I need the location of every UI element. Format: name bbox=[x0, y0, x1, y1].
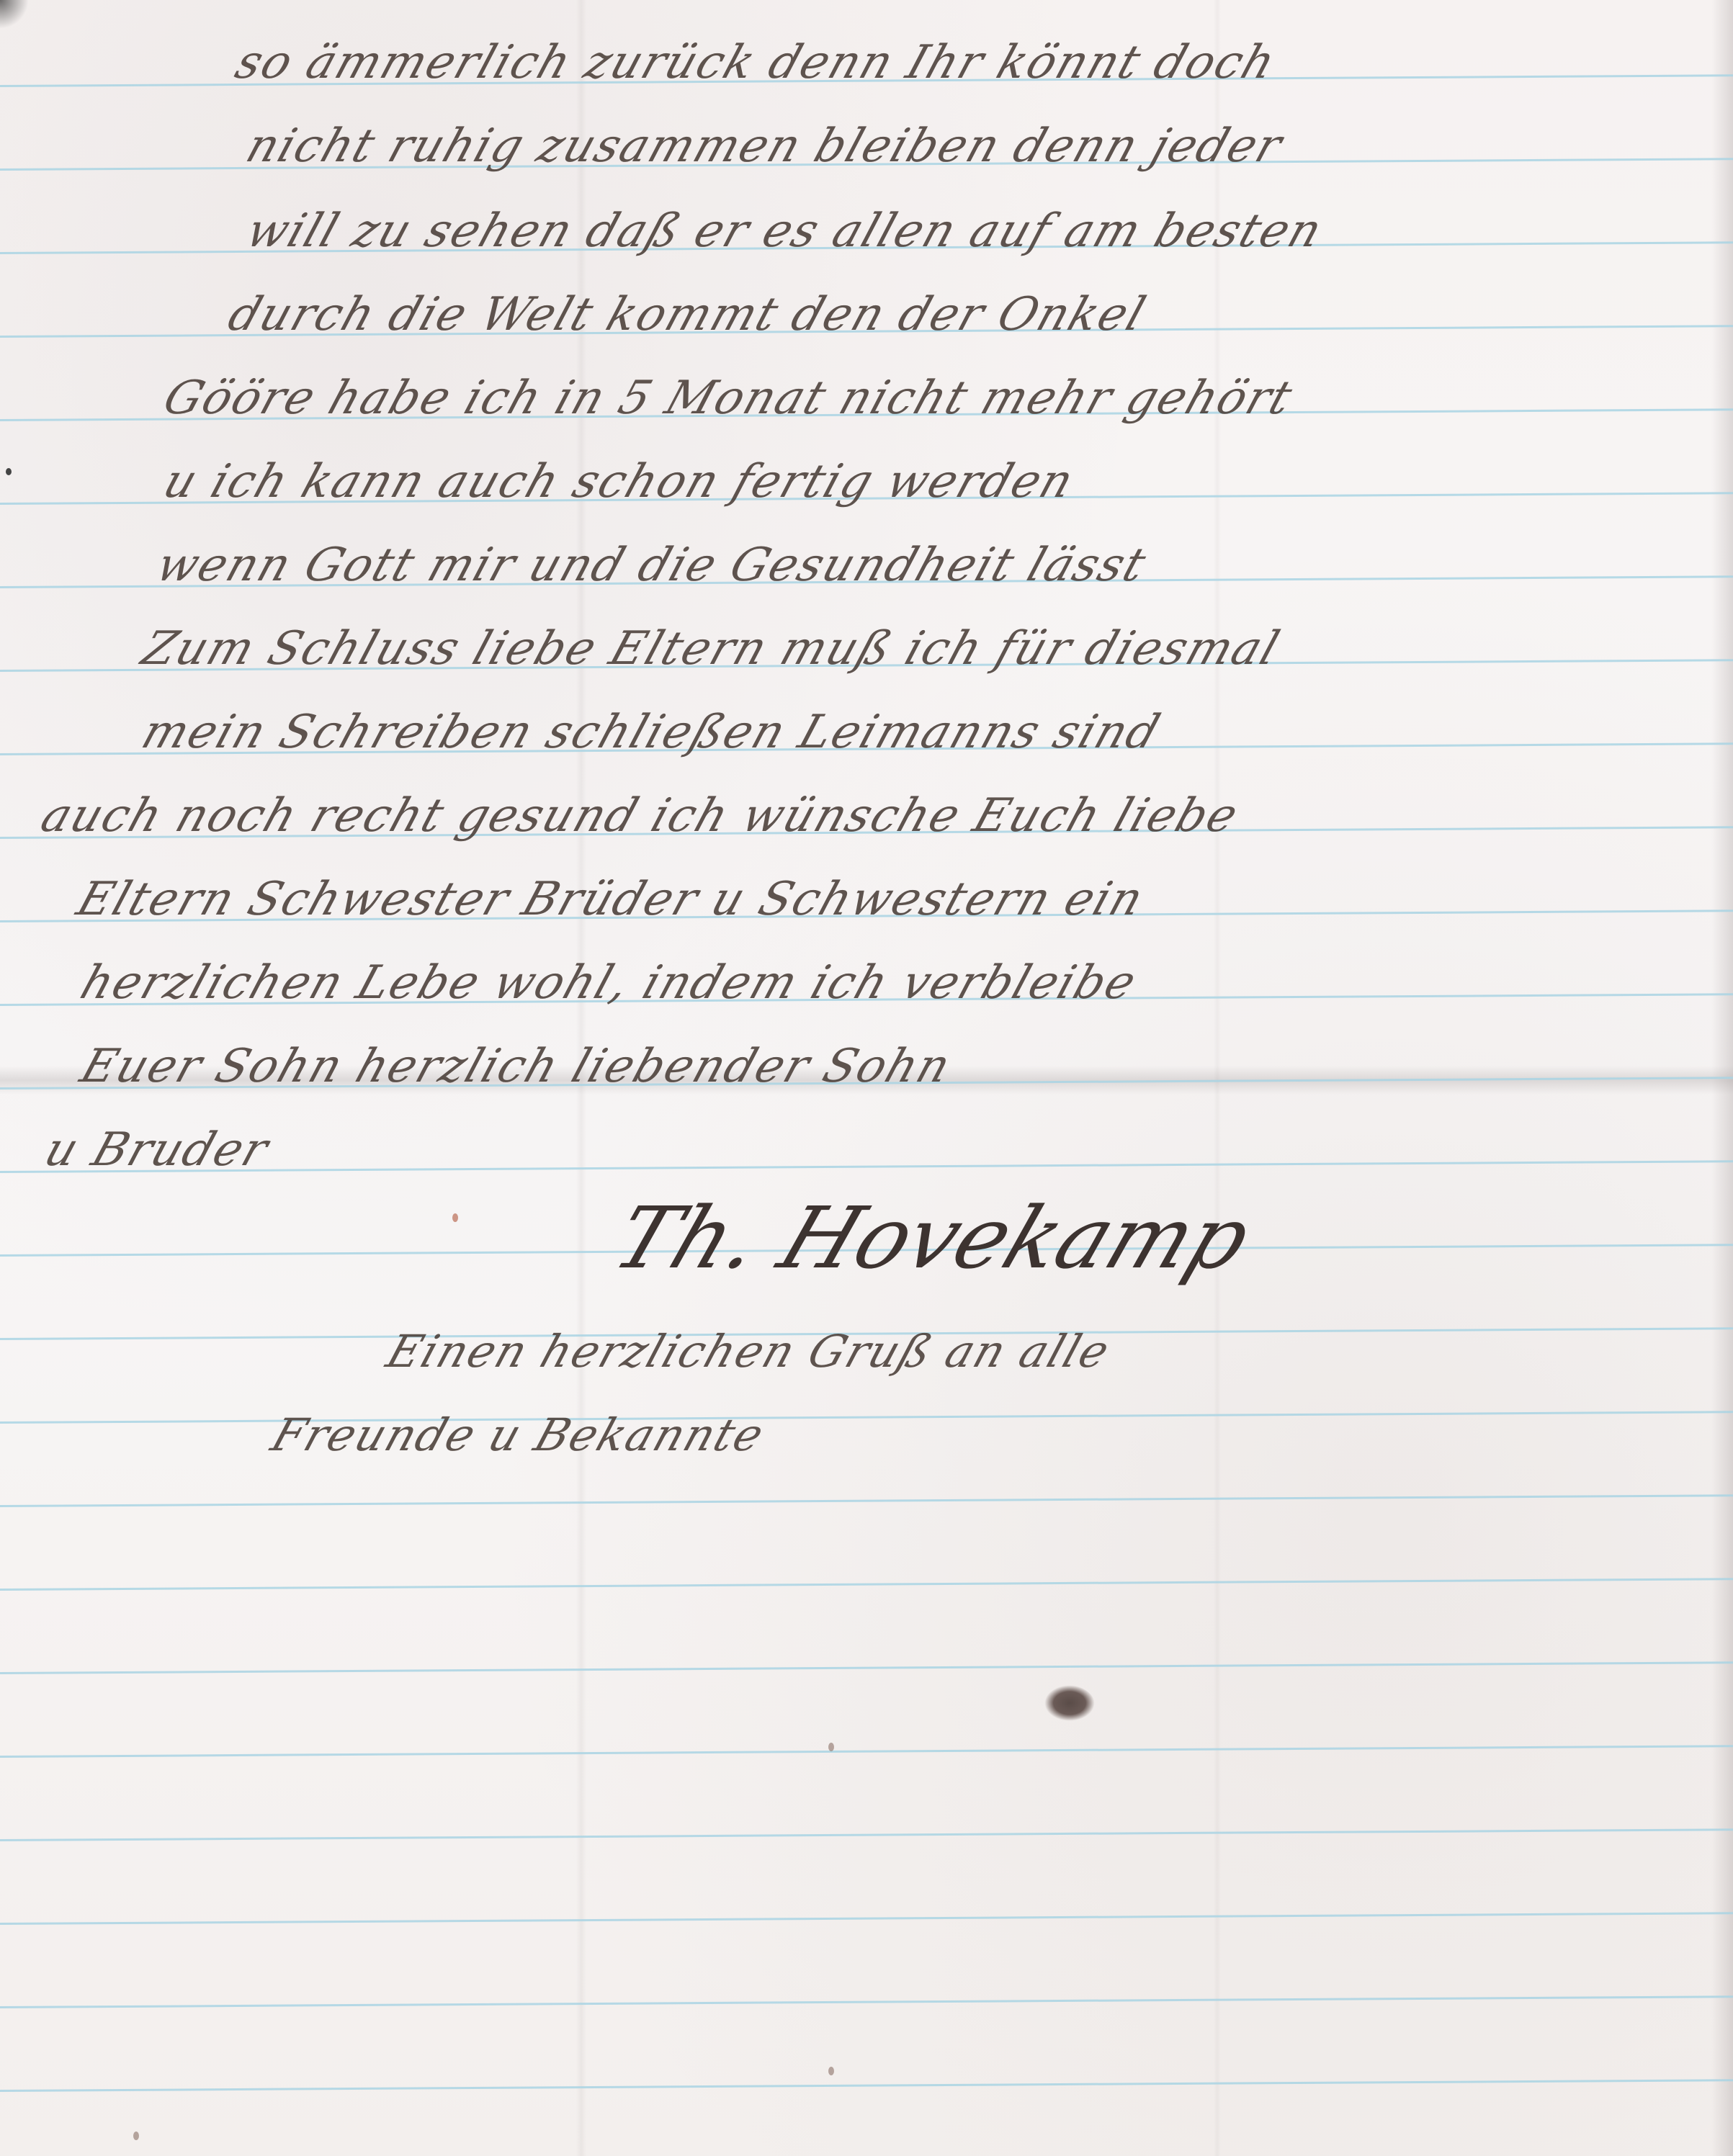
postscript-line: Freunde u Bekannte bbox=[265, 1409, 771, 1461]
letter-line: wenn Gott mir und die Gesundheit lässt bbox=[150, 539, 1153, 592]
letter-page: so ämmerlich zurück denn Ihr könnt doch … bbox=[0, 0, 1733, 2156]
letter-line: will zu sehen daß er es allen auf am bes… bbox=[240, 205, 1330, 258]
margin-ink-dot bbox=[6, 468, 12, 475]
letter-line: Eltern Schwester Brüder u Schwestern ein bbox=[71, 873, 1151, 926]
ruled-line bbox=[0, 1995, 1733, 2008]
paper-speck bbox=[828, 2067, 834, 2075]
ruled-line bbox=[0, 2079, 1733, 2092]
letter-line: herzlichen Lebe wohl, indem ich verbleib… bbox=[74, 956, 1144, 1010]
letter-line: Euer Sohn herzlich liebender Sohn bbox=[74, 1040, 958, 1093]
letter-line: Zum Schluss liebe Eltern muß ich für die… bbox=[135, 622, 1287, 675]
letter-line: u Bruder bbox=[38, 1123, 276, 1177]
letter-line: so ämmerlich zurück denn Ihr könnt doch bbox=[229, 36, 1283, 89]
letter-line: u ich kann auch schon fertig werden bbox=[157, 455, 1081, 508]
paper-speck bbox=[452, 1213, 458, 1222]
letter-line: nicht ruhig zusammen bleiben denn jeder bbox=[240, 120, 1289, 173]
ruled-line bbox=[0, 1411, 1733, 1424]
letter-line: mein Schreiben schließen Leimanns sind bbox=[135, 706, 1168, 759]
ruled-line bbox=[0, 1828, 1733, 1841]
letter-line: Gööre habe ich in 5 Monat nicht mehr geh… bbox=[157, 372, 1300, 425]
signature: Th. Hovekamp bbox=[601, 1188, 1264, 1288]
paper-speck bbox=[828, 1743, 834, 1751]
ruled-line bbox=[0, 1578, 1733, 1591]
ruled-line bbox=[0, 1912, 1733, 1925]
ink-stain bbox=[1044, 1685, 1095, 1721]
corner-smudge bbox=[0, 0, 29, 29]
ruled-line bbox=[0, 1745, 1733, 1758]
letter-line: auch noch recht gesund ich wünsche Euch … bbox=[35, 789, 1245, 843]
postscript-line: Einen herzlichen Gruß an alle bbox=[380, 1325, 1117, 1378]
paper-speck bbox=[133, 2132, 139, 2140]
ruled-line bbox=[0, 1494, 1733, 1507]
ruled-line bbox=[0, 1661, 1733, 1674]
letter-line: durch die Welt kommt den der Onkel bbox=[222, 288, 1153, 341]
